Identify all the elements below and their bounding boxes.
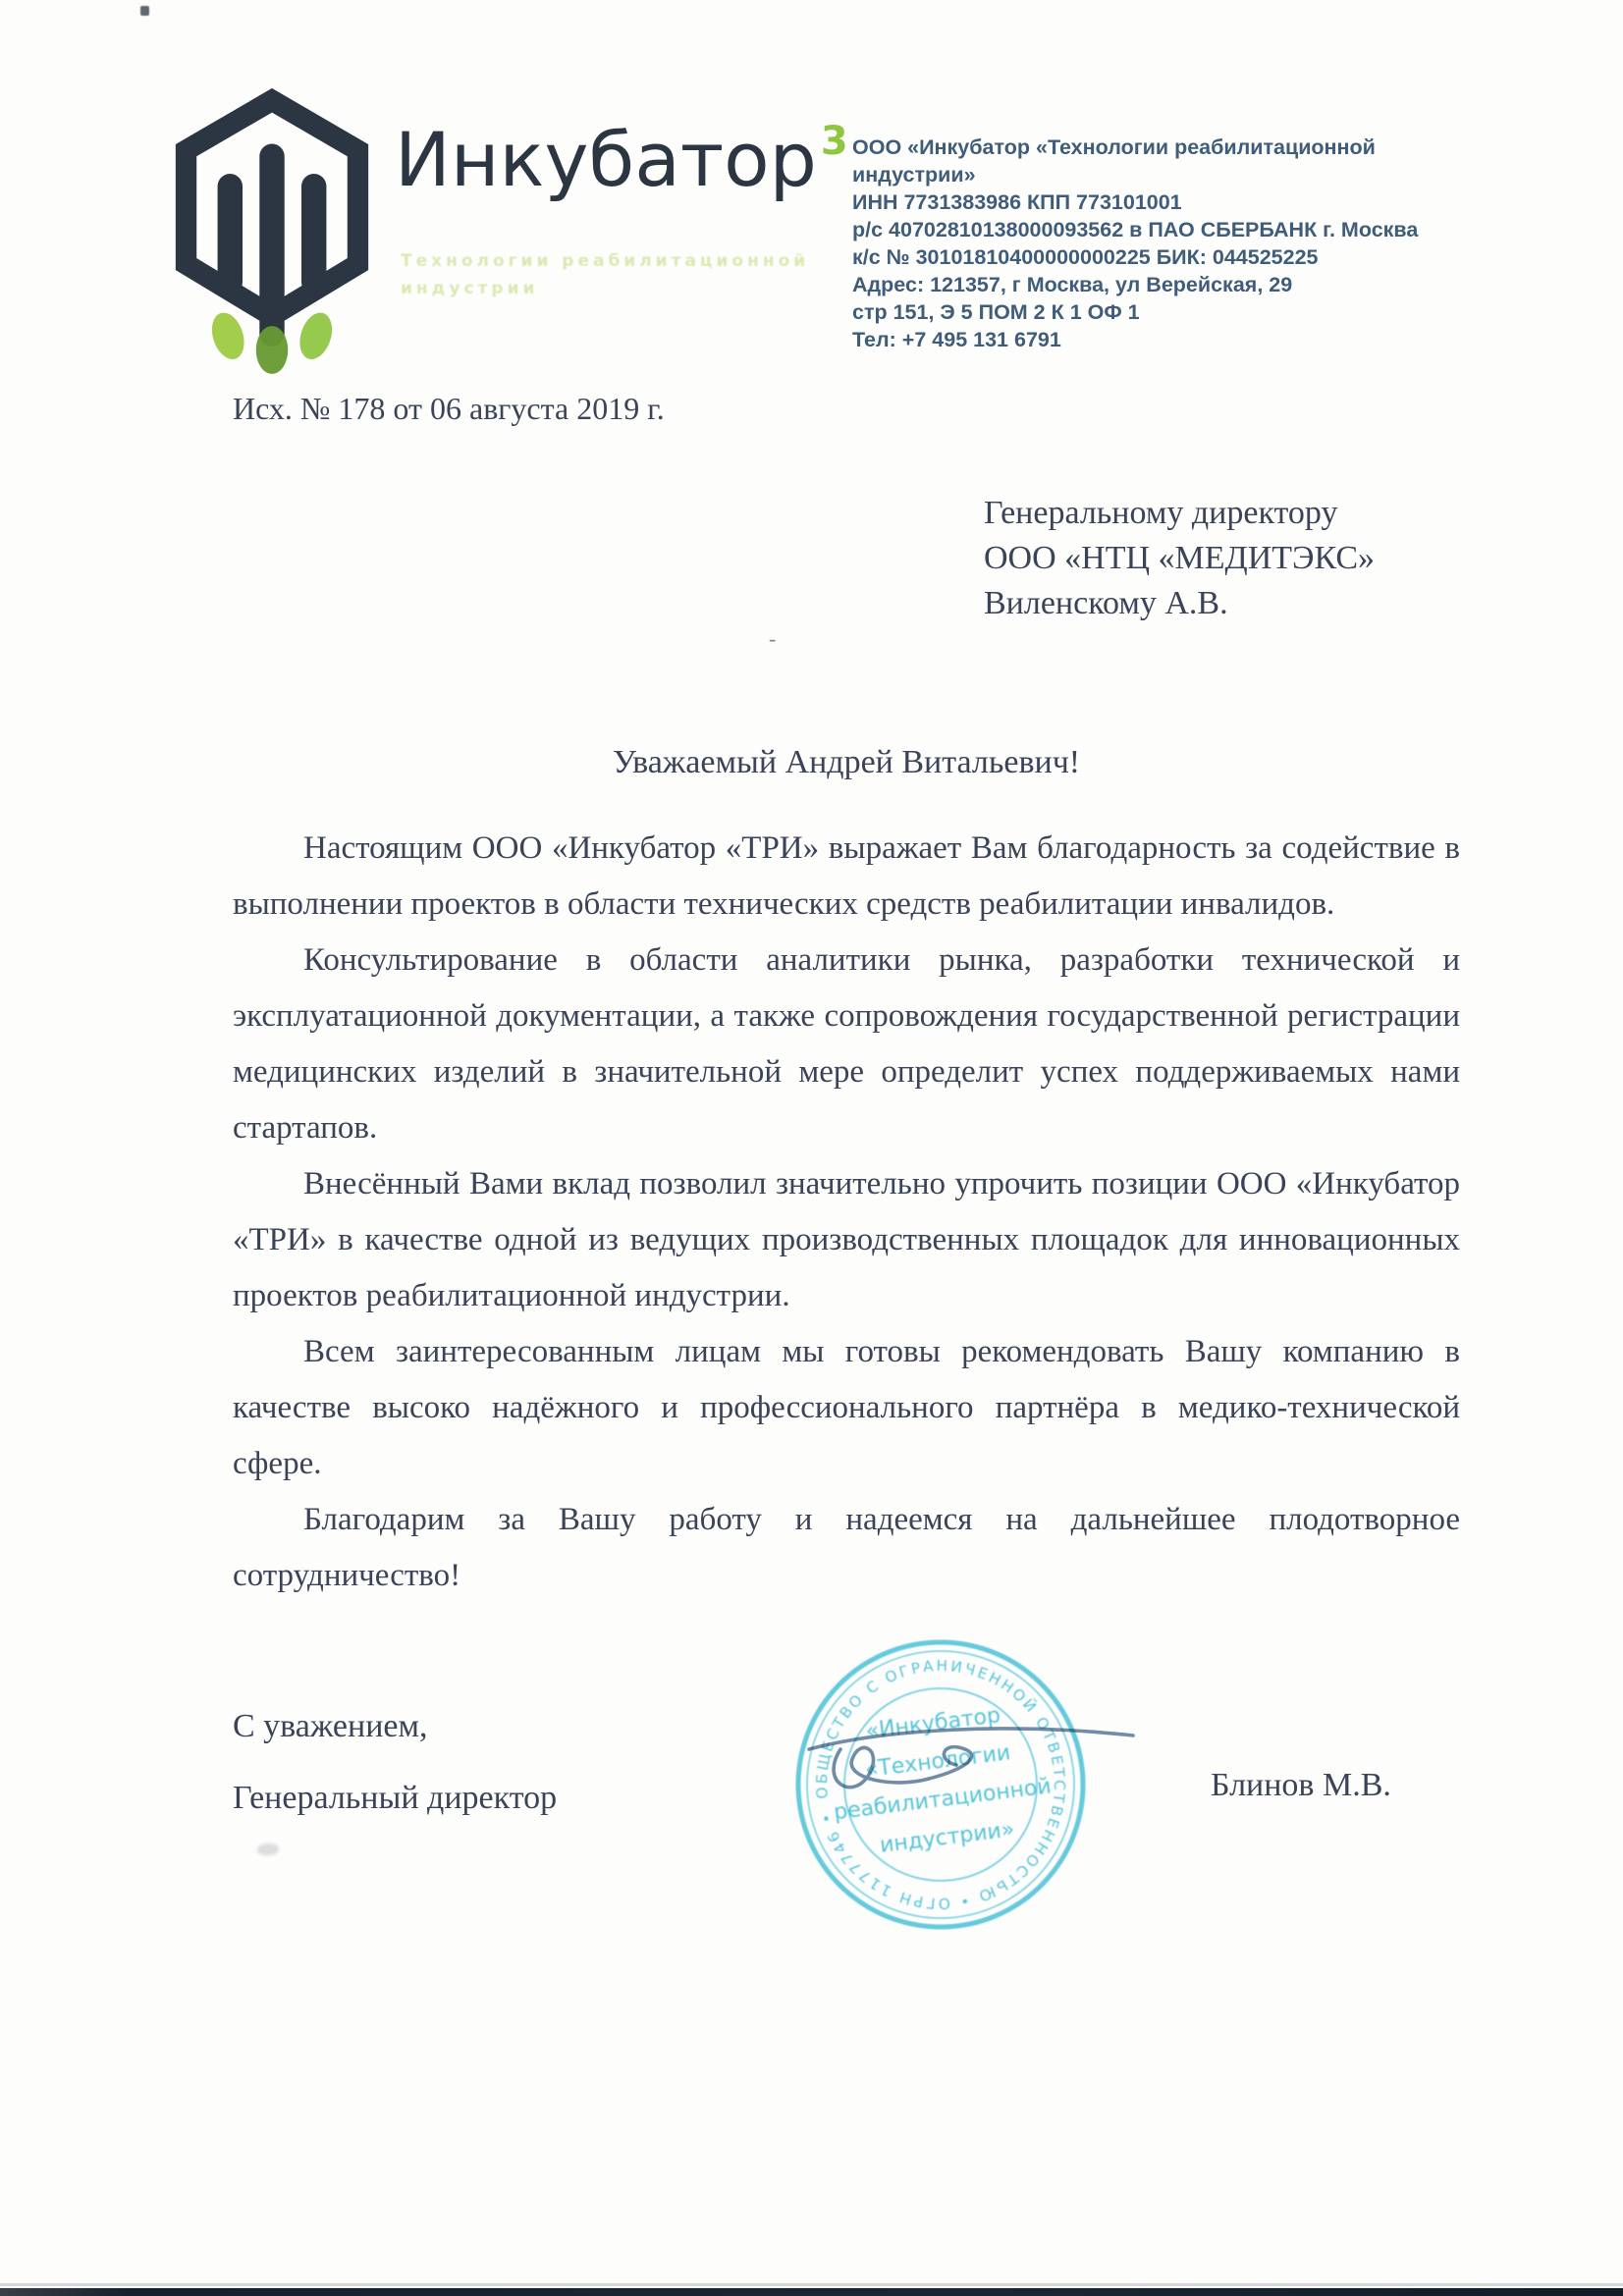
salutation: Уважаемый Андрей Витальевич!: [233, 744, 1460, 781]
brand-tagline: Технологии реабилитационной индустрии: [401, 247, 809, 302]
closing-regards: С уважением,: [233, 1708, 428, 1745]
company-details-line: р/с 40702810138000093562 в ПАО СБЕРБАНК …: [852, 216, 1481, 243]
company-details-line: к/с № 30101810400000000225 БИК: 04452522…: [852, 243, 1481, 271]
brand-name: Инкубатор: [395, 116, 817, 203]
tagline-line-2: индустрии: [401, 275, 809, 302]
tagline-line-1: Технологии реабилитационной: [401, 247, 809, 275]
body-paragraph: Консультирование в области аналитики рын…: [233, 933, 1460, 1156]
outgoing-reference-line: Исх. № 178 от 06 августа 2019 г.: [233, 391, 665, 427]
scan-artifact-speck: [140, 6, 149, 16]
recipient-name: Виленскому А.В.: [984, 581, 1375, 626]
scan-edge-shadow: [0, 2283, 1623, 2286]
letter-body: Настоящим ООО «Инкубатор «ТРИ» выражает …: [233, 821, 1460, 1604]
recipient-position: Генеральному директору: [984, 491, 1375, 536]
scan-artifact-dash: -: [769, 626, 776, 652]
company-details-block: ООО «Инкубатор «Технологии реабилитацион…: [852, 133, 1481, 353]
scanned-letter-page: Инкубатор3 Технологии реабилитационной и…: [0, 0, 1623, 2296]
incubator-logo-icon: [149, 84, 395, 379]
company-details-line: Адрес: 121357, г Москва, ул Верейская, 2…: [852, 271, 1481, 298]
company-details-line: Тел: +7 495 131 6791: [852, 326, 1481, 353]
body-paragraph: Внесённый Вами вклад позволил значительн…: [233, 1156, 1460, 1324]
signer-title: Генеральный директор: [233, 1780, 557, 1817]
scan-artifact-smudge: [257, 1843, 279, 1855]
signer-name: Блинов М.В.: [1211, 1767, 1391, 1804]
company-details-line: стр 151, Э 5 ПОМ 2 К 1 ОФ 1: [852, 298, 1481, 326]
company-details-line: ООО «Инкубатор «Технологии реабилитацион…: [852, 133, 1481, 161]
handwritten-signature: [803, 1696, 1142, 1824]
recipient-block: Генеральному директору ООО «НТЦ «МЕДИТЭК…: [984, 491, 1375, 626]
brand-superscript: 3: [821, 119, 848, 164]
body-paragraph: Благодарим за Вашу работу и надеемся на …: [233, 1492, 1460, 1604]
brand-wordmark: Инкубатор3: [395, 116, 844, 203]
company-details-line: ИНН 7731383986 КПП 773101001: [852, 188, 1481, 216]
body-paragraph: Настоящим ООО «Инкубатор «ТРИ» выражает …: [233, 821, 1460, 933]
scan-edge-line: [0, 2288, 1623, 2296]
body-paragraph: Всем заинтересованным лицам мы готовы ре…: [233, 1324, 1460, 1492]
recipient-company: ООО «НТЦ «МЕДИТЭКС»: [984, 536, 1375, 581]
company-details-line: индустрии»: [852, 161, 1481, 188]
